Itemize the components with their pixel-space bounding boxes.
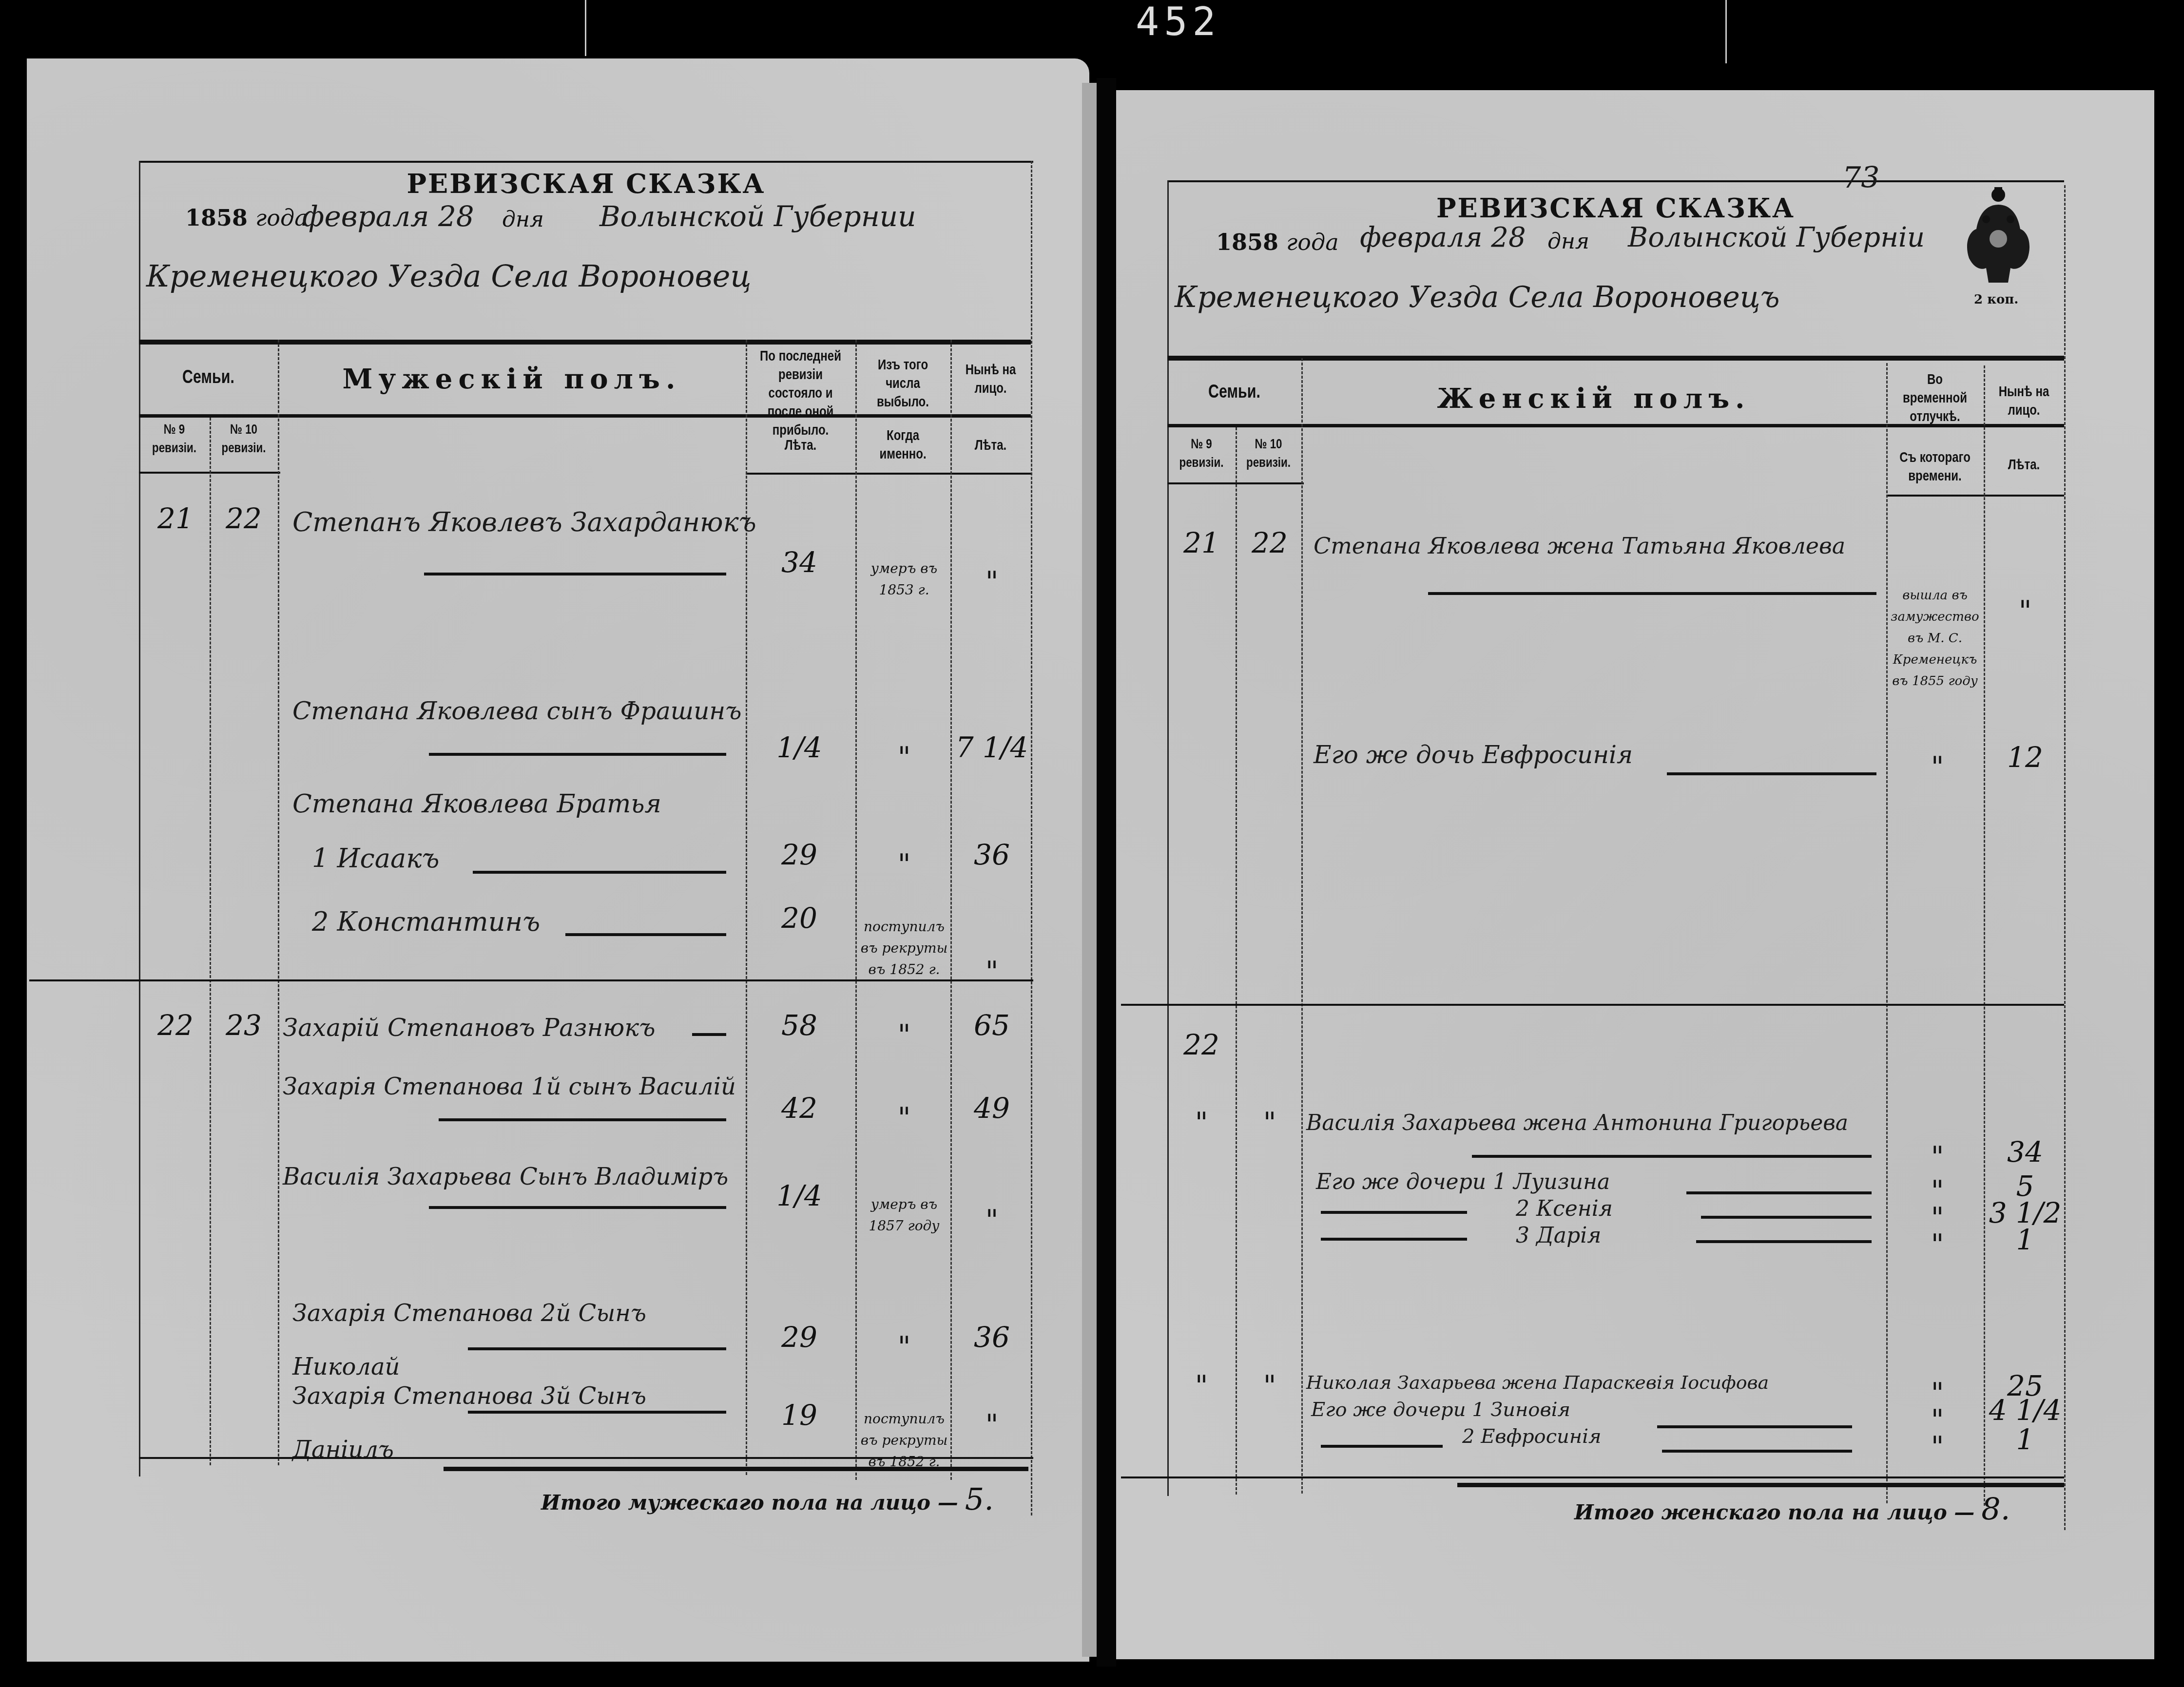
fill-line bbox=[473, 871, 726, 874]
table-subheader-rule bbox=[1886, 495, 2064, 497]
age-last-revision: 34 bbox=[751, 546, 848, 579]
departed-note: " bbox=[858, 1330, 950, 1363]
family-no10-ditto: " bbox=[1238, 1106, 1301, 1139]
person-name: 2 Константинъ bbox=[312, 906, 540, 937]
person-name: Его же дочери 1 Луизина bbox=[1316, 1169, 1610, 1194]
age-present: 65 bbox=[953, 1009, 1031, 1042]
age-present: 7 1/4 bbox=[953, 731, 1031, 764]
family-divider bbox=[29, 979, 1033, 981]
frame-right-rule bbox=[2064, 185, 2066, 1530]
departed-note: умеръ въ 1857 году bbox=[855, 1194, 953, 1237]
col-header-when: Когда именно. bbox=[865, 426, 941, 463]
col-divider bbox=[1984, 365, 1985, 1506]
col-header-last-revision: По последней ревизіи состояло и после он… bbox=[757, 347, 845, 440]
header-location: Кременецкого Уезда Села Вороновецъ bbox=[1175, 280, 1780, 314]
col-header-since: Съ котораго времени. bbox=[1896, 448, 1974, 485]
fill-line bbox=[1667, 772, 1876, 775]
absence-note: " bbox=[1891, 1140, 1984, 1173]
male-total: Итого мужескаго пола на лицо —5. bbox=[541, 1481, 994, 1517]
age-last-revision: 58 bbox=[751, 1009, 848, 1042]
table-bottom-rule bbox=[1121, 1476, 2064, 1478]
total-rule bbox=[444, 1467, 1028, 1471]
header-day-word: дня bbox=[502, 207, 544, 232]
book-spine bbox=[1097, 78, 1116, 1667]
form-title: РЕВИЗСКАЯ СКАЗКА bbox=[1167, 192, 2064, 224]
fill-line bbox=[565, 933, 726, 936]
archive-number: 452 bbox=[1136, 0, 1221, 44]
person-name: Захарій Степановъ Разнюкъ bbox=[283, 1014, 656, 1042]
col-header-no9: № 9 ревизіи. bbox=[1174, 435, 1229, 472]
folio-number: 73 bbox=[1842, 161, 1879, 195]
family-no10: 22 bbox=[1238, 526, 1301, 559]
age-last-revision: 1/4 bbox=[751, 731, 848, 764]
age-present: 34 bbox=[1986, 1135, 2064, 1169]
departed-note: " bbox=[858, 741, 950, 774]
departed-note: " bbox=[858, 1018, 950, 1052]
film-edge-line bbox=[585, 0, 586, 56]
age-last-revision: 19 bbox=[751, 1399, 848, 1432]
person-name: 1 Исаакъ bbox=[312, 843, 439, 874]
departed-note: " bbox=[858, 1101, 950, 1134]
col-divider bbox=[1236, 427, 1237, 1495]
person-name: Николая Захарьева жена Параскевія Іосифо… bbox=[1306, 1372, 1769, 1393]
ditto-line bbox=[1321, 1238, 1467, 1241]
departed-note: умеръ въ 1853 г. bbox=[855, 558, 953, 601]
col-divider bbox=[278, 340, 279, 1465]
frame-left-rule bbox=[139, 161, 140, 1476]
age-present: 12 bbox=[1986, 741, 2064, 774]
fill-line bbox=[692, 1033, 726, 1036]
age-last-revision: 29 bbox=[751, 1321, 848, 1354]
header-gubernia: Волынской Губерніи bbox=[1628, 222, 1925, 253]
table-subheader-rule bbox=[746, 473, 1031, 475]
col-header-families: Семьи. bbox=[153, 368, 264, 386]
table-top-rule bbox=[139, 340, 1031, 345]
age-last-revision: 29 bbox=[751, 838, 848, 871]
col-header-years-present: Лѣта. bbox=[959, 436, 1023, 455]
age-last-revision: 20 bbox=[751, 901, 848, 935]
family-no9-ditto: " bbox=[1170, 1369, 1233, 1402]
family-no10: 23 bbox=[214, 1009, 273, 1042]
col-header-present: Нынѣ на лицо. bbox=[959, 361, 1023, 398]
fill-line bbox=[429, 753, 726, 756]
header-month: февраля 28 bbox=[302, 200, 474, 233]
age-present: " bbox=[953, 1408, 1031, 1441]
absence-note: " bbox=[1891, 1430, 1984, 1463]
table-header-rule bbox=[139, 414, 1031, 418]
col-header-gender: Женскій полъ. bbox=[1301, 383, 1886, 415]
col-header-families: Семьи. bbox=[1181, 383, 1288, 401]
person-name: 2 Ксенія bbox=[1516, 1196, 1613, 1221]
total-rule bbox=[1457, 1483, 2064, 1487]
age-present: 1 bbox=[1986, 1223, 2064, 1256]
fill-line bbox=[468, 1411, 726, 1414]
family-no9: 22 bbox=[146, 1009, 205, 1042]
age-present: " bbox=[953, 955, 1031, 988]
frame-right-rule bbox=[1031, 161, 1032, 1515]
male-total-value: 5. bbox=[965, 1481, 994, 1517]
col-divider bbox=[1886, 363, 1888, 1503]
col-header-absence: Во временной отлучкѣ. bbox=[1896, 370, 1974, 426]
person-name: Захарія Степанова 3й Сынъ Даніилъ bbox=[292, 1369, 746, 1476]
person-name: Степана Яковлева Братья bbox=[292, 789, 661, 819]
age-last-revision: 1/4 bbox=[751, 1179, 848, 1212]
family-no9: 21 bbox=[1170, 526, 1233, 559]
family-no9: 21 bbox=[146, 502, 205, 535]
header-day-word: дня bbox=[1547, 229, 1589, 254]
fill-line bbox=[1472, 1155, 1872, 1158]
col-header-years-present: Лѣта. bbox=[1992, 456, 2056, 474]
col-divider bbox=[855, 340, 857, 1480]
table-bottom-rule bbox=[139, 1457, 1033, 1459]
family-no9: 22 bbox=[1170, 1028, 1233, 1061]
fill-line bbox=[424, 573, 726, 575]
age-present: 36 bbox=[953, 1321, 1031, 1354]
male-total-label: Итого мужескаго пола на лицо — bbox=[541, 1491, 958, 1514]
film-edge-line bbox=[1725, 0, 1727, 63]
person-name: Степанъ Яковлевъ Захарданюкъ bbox=[292, 507, 756, 537]
col-header-present: Нынѣ на лицо. bbox=[1992, 383, 2056, 420]
fill-line bbox=[1701, 1216, 1872, 1219]
stamp-value: 2 коп. bbox=[1974, 292, 2018, 307]
person-name: Его же дочь Евфросинія bbox=[1314, 741, 1633, 769]
header-location: Кременецкого Уезда Села Вороновец bbox=[146, 258, 752, 294]
age-present: 1 bbox=[1986, 1423, 2064, 1456]
person-name: Василія Захарьева жена Антонина Григорье… bbox=[1306, 1106, 1881, 1140]
col-divider bbox=[1301, 358, 1303, 1494]
family-no9-ditto: " bbox=[1170, 1106, 1233, 1139]
col-divider bbox=[950, 340, 952, 1480]
departed-note: " bbox=[858, 848, 950, 881]
person-name: Степана Яковлева сынъ Фрашинъ bbox=[292, 697, 742, 725]
ditto-line bbox=[1321, 1445, 1443, 1448]
frame-top-rule bbox=[139, 161, 1033, 163]
fill-line bbox=[1686, 1191, 1872, 1194]
form-title: РЕВИЗСКАЯ СКАЗКА bbox=[139, 168, 1033, 199]
person-name: 2 Евфросинія bbox=[1462, 1425, 1601, 1448]
female-total: Итого женскаго пола на лицо —8. bbox=[1574, 1491, 2010, 1527]
fill-line bbox=[429, 1206, 726, 1209]
departed-note: поступилъ въ рекруты въ 1852 г. bbox=[855, 916, 953, 980]
absence-note: " bbox=[1891, 750, 1984, 784]
col-header-no9: № 9 ревизіи. bbox=[146, 420, 203, 457]
absence-note: вышла въ замужество въ М. С. Кременецкъ … bbox=[1886, 585, 1984, 692]
fill-line bbox=[1428, 592, 1876, 595]
age-present: " bbox=[953, 565, 1031, 598]
col-header-gender: Мужескій полъ. bbox=[278, 363, 746, 395]
person-name: Захарія Степанова 1й сынъ Василій bbox=[283, 1062, 736, 1111]
age-present: 49 bbox=[953, 1092, 1031, 1125]
col-divider bbox=[210, 418, 211, 1465]
header-gubernia: Волынской Губернии bbox=[599, 200, 916, 233]
col-header-no10: № 10 ревизіи. bbox=[1242, 435, 1295, 472]
fill-line bbox=[1657, 1425, 1852, 1428]
col-header-departed: Изъ того числа выбыло. bbox=[865, 356, 941, 411]
ditto-line bbox=[1321, 1211, 1467, 1214]
fill-line bbox=[468, 1347, 726, 1350]
person-name: Его же дочери 1 Зиновія bbox=[1311, 1399, 1570, 1421]
imperial-eagle-stamp-icon bbox=[1959, 185, 2037, 297]
frame-top-rule bbox=[1167, 180, 2064, 182]
family-no10: 22 bbox=[214, 502, 273, 535]
fill-line bbox=[1662, 1450, 1852, 1453]
family-no10-ditto: " bbox=[1238, 1369, 1301, 1402]
absence-note: " bbox=[1891, 1228, 1984, 1261]
age-present: 4 1/4 bbox=[1986, 1394, 2064, 1427]
person-name: Василія Захарьева Сынъ Владиміръ bbox=[283, 1150, 736, 1204]
header-month: февраля 28 bbox=[1360, 222, 1526, 253]
frame-left-rule bbox=[1167, 180, 1169, 1496]
person-name: 3 Дарія bbox=[1516, 1223, 1601, 1248]
person-name: Степана Яковлева жена Татьяна Яковлева bbox=[1314, 526, 1879, 565]
col-header-years: Лѣта. bbox=[757, 436, 845, 455]
header-year: 1858 года bbox=[1216, 229, 1339, 255]
age-present: " bbox=[953, 1204, 1031, 1237]
fill-line bbox=[1696, 1240, 1872, 1243]
female-total-label: Итого женскаго пола на лицо — bbox=[1574, 1500, 1974, 1524]
header-year: 1858 года bbox=[185, 205, 308, 231]
age-present: 36 bbox=[953, 838, 1031, 871]
age-last-revision: 42 bbox=[751, 1092, 848, 1125]
fill-line bbox=[439, 1118, 726, 1121]
family-divider bbox=[1121, 1004, 2064, 1006]
female-total-value: 8. bbox=[1981, 1491, 2010, 1527]
col-header-no10: № 10 ревизіи. bbox=[216, 420, 271, 457]
departed-note: поступилъ въ рекруты въ 1852 г. bbox=[855, 1408, 953, 1473]
age-present: " bbox=[1986, 594, 2064, 628]
